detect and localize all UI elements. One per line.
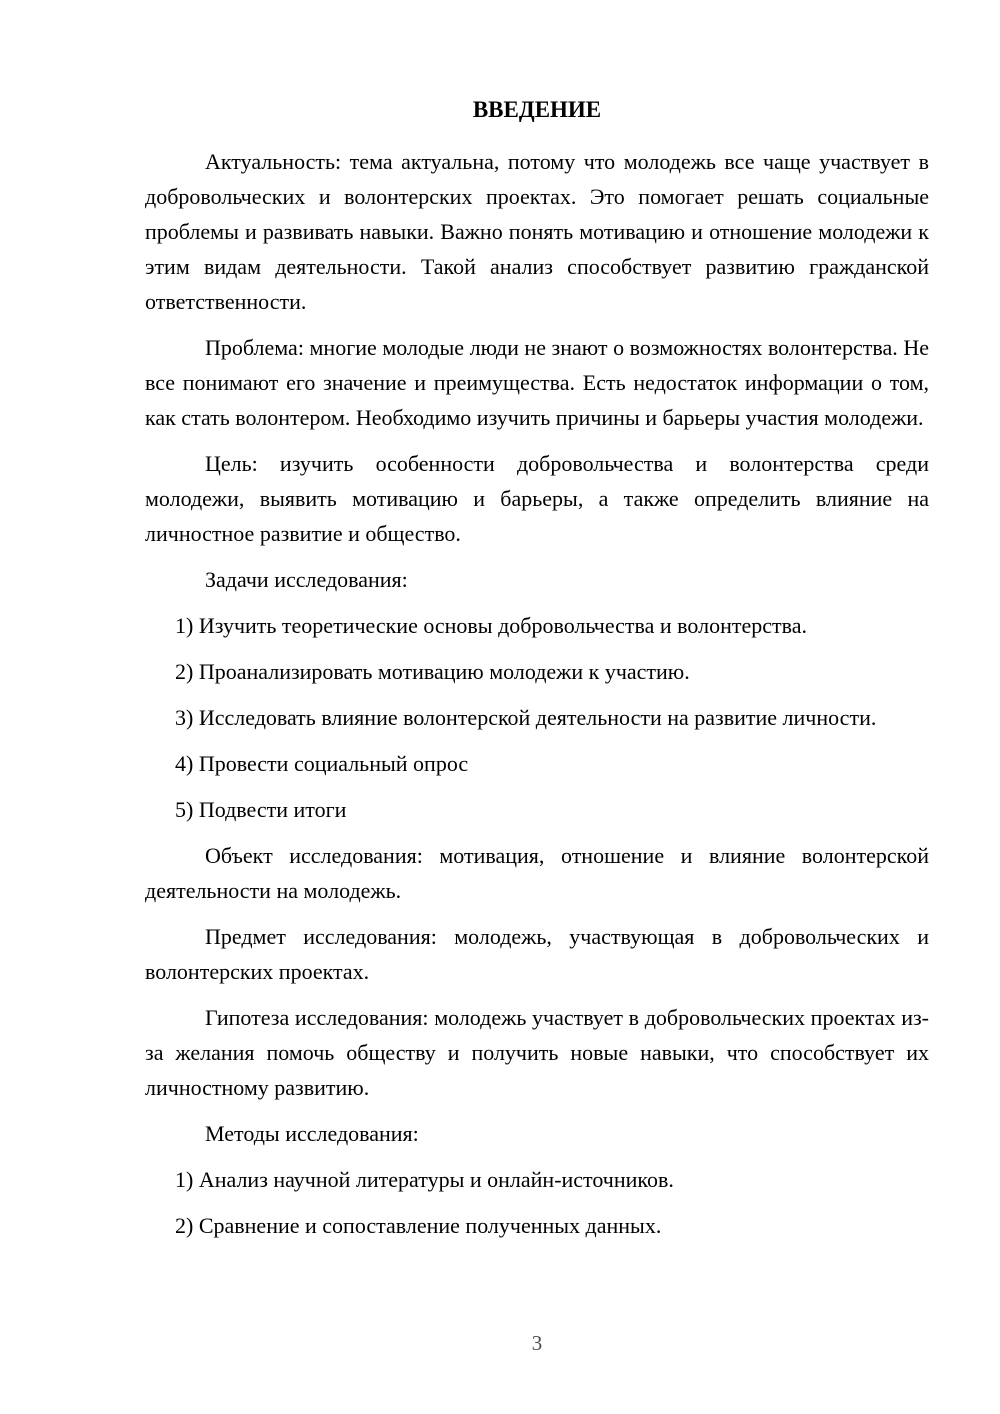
document-page: ВВЕДЕНИЕ Актуальность: тема актуальна, п… bbox=[0, 0, 1000, 1414]
paragraph-tsel: Цель: изучить особенности добровольчеств… bbox=[145, 446, 929, 551]
task-item-2: 2) Проанализировать мотивацию молодежи к… bbox=[145, 654, 929, 689]
paragraph-problema: Проблема: многие молодые люди не знают о… bbox=[145, 330, 929, 435]
paragraph-aktualnost: Актуальность: тема актуальна, потому что… bbox=[145, 144, 929, 319]
document-title: ВВЕДЕНИЕ bbox=[145, 92, 929, 127]
paragraph-predmet: Предмет исследования: молодежь, участвую… bbox=[145, 919, 929, 989]
method-item-2: 2) Сравнение и сопоставление полученных … bbox=[145, 1208, 929, 1243]
method-item-1: 1) Анализ научной литературы и онлайн-ис… bbox=[145, 1162, 929, 1197]
task-item-3: 3) Исследовать влияние волонтерской деят… bbox=[145, 700, 929, 735]
paragraph-gipoteza: Гипотеза исследования: молодежь участвуе… bbox=[145, 1000, 929, 1105]
task-item-1: 1) Изучить теоретические основы добровол… bbox=[145, 608, 929, 643]
document-body: ВВЕДЕНИЕ Актуальность: тема актуальна, п… bbox=[145, 92, 929, 1254]
methods-heading: Методы исследования: bbox=[145, 1116, 929, 1151]
task-item-4: 4) Провести социальный опрос bbox=[145, 746, 929, 781]
document-title-text: ВВЕДЕНИЕ bbox=[473, 97, 601, 122]
page-number: 3 bbox=[145, 1328, 929, 1358]
paragraph-obekt: Объект исследования: мотивация, отношени… bbox=[145, 838, 929, 908]
task-item-5: 5) Подвести итоги bbox=[145, 792, 929, 827]
tasks-heading: Задачи исследования: bbox=[145, 562, 929, 597]
